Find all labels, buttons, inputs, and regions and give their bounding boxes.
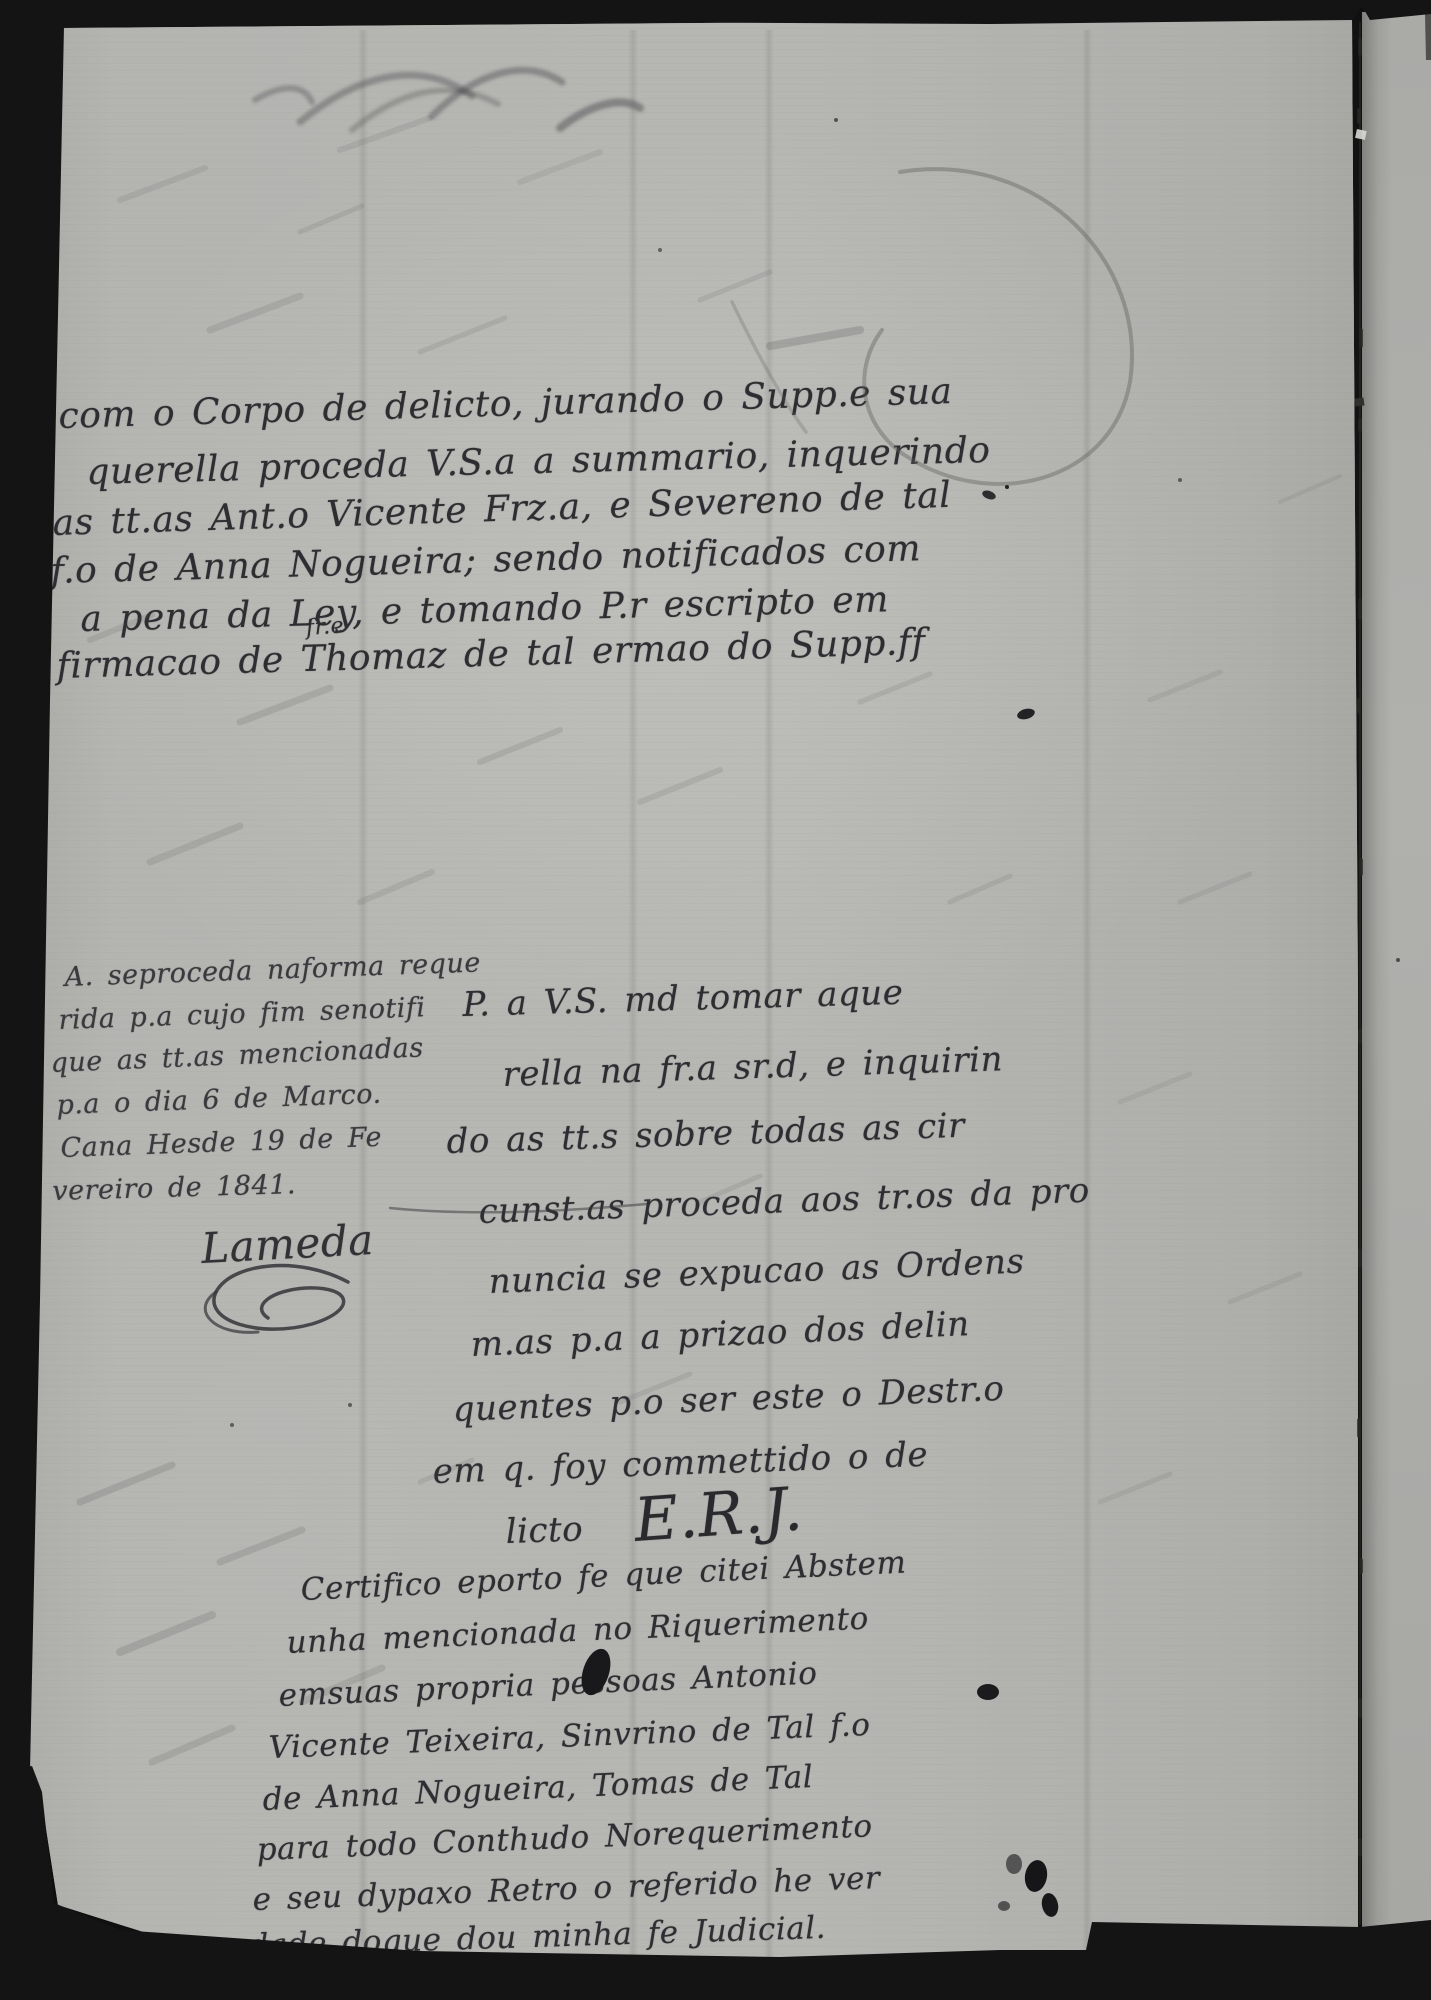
paper-crease (1082, 30, 1092, 1960)
adjacent-page-edge (1362, 12, 1431, 1930)
closing-initials: E.R.J. (632, 1474, 805, 1556)
manuscript-scan: com o Corpo de delicto, jurando o Supp.e… (0, 0, 1431, 2000)
interline-insertion: fr.e (305, 613, 345, 641)
petition-line: licto (505, 1509, 584, 1552)
signature-lameda: Lameda (200, 1215, 375, 1273)
